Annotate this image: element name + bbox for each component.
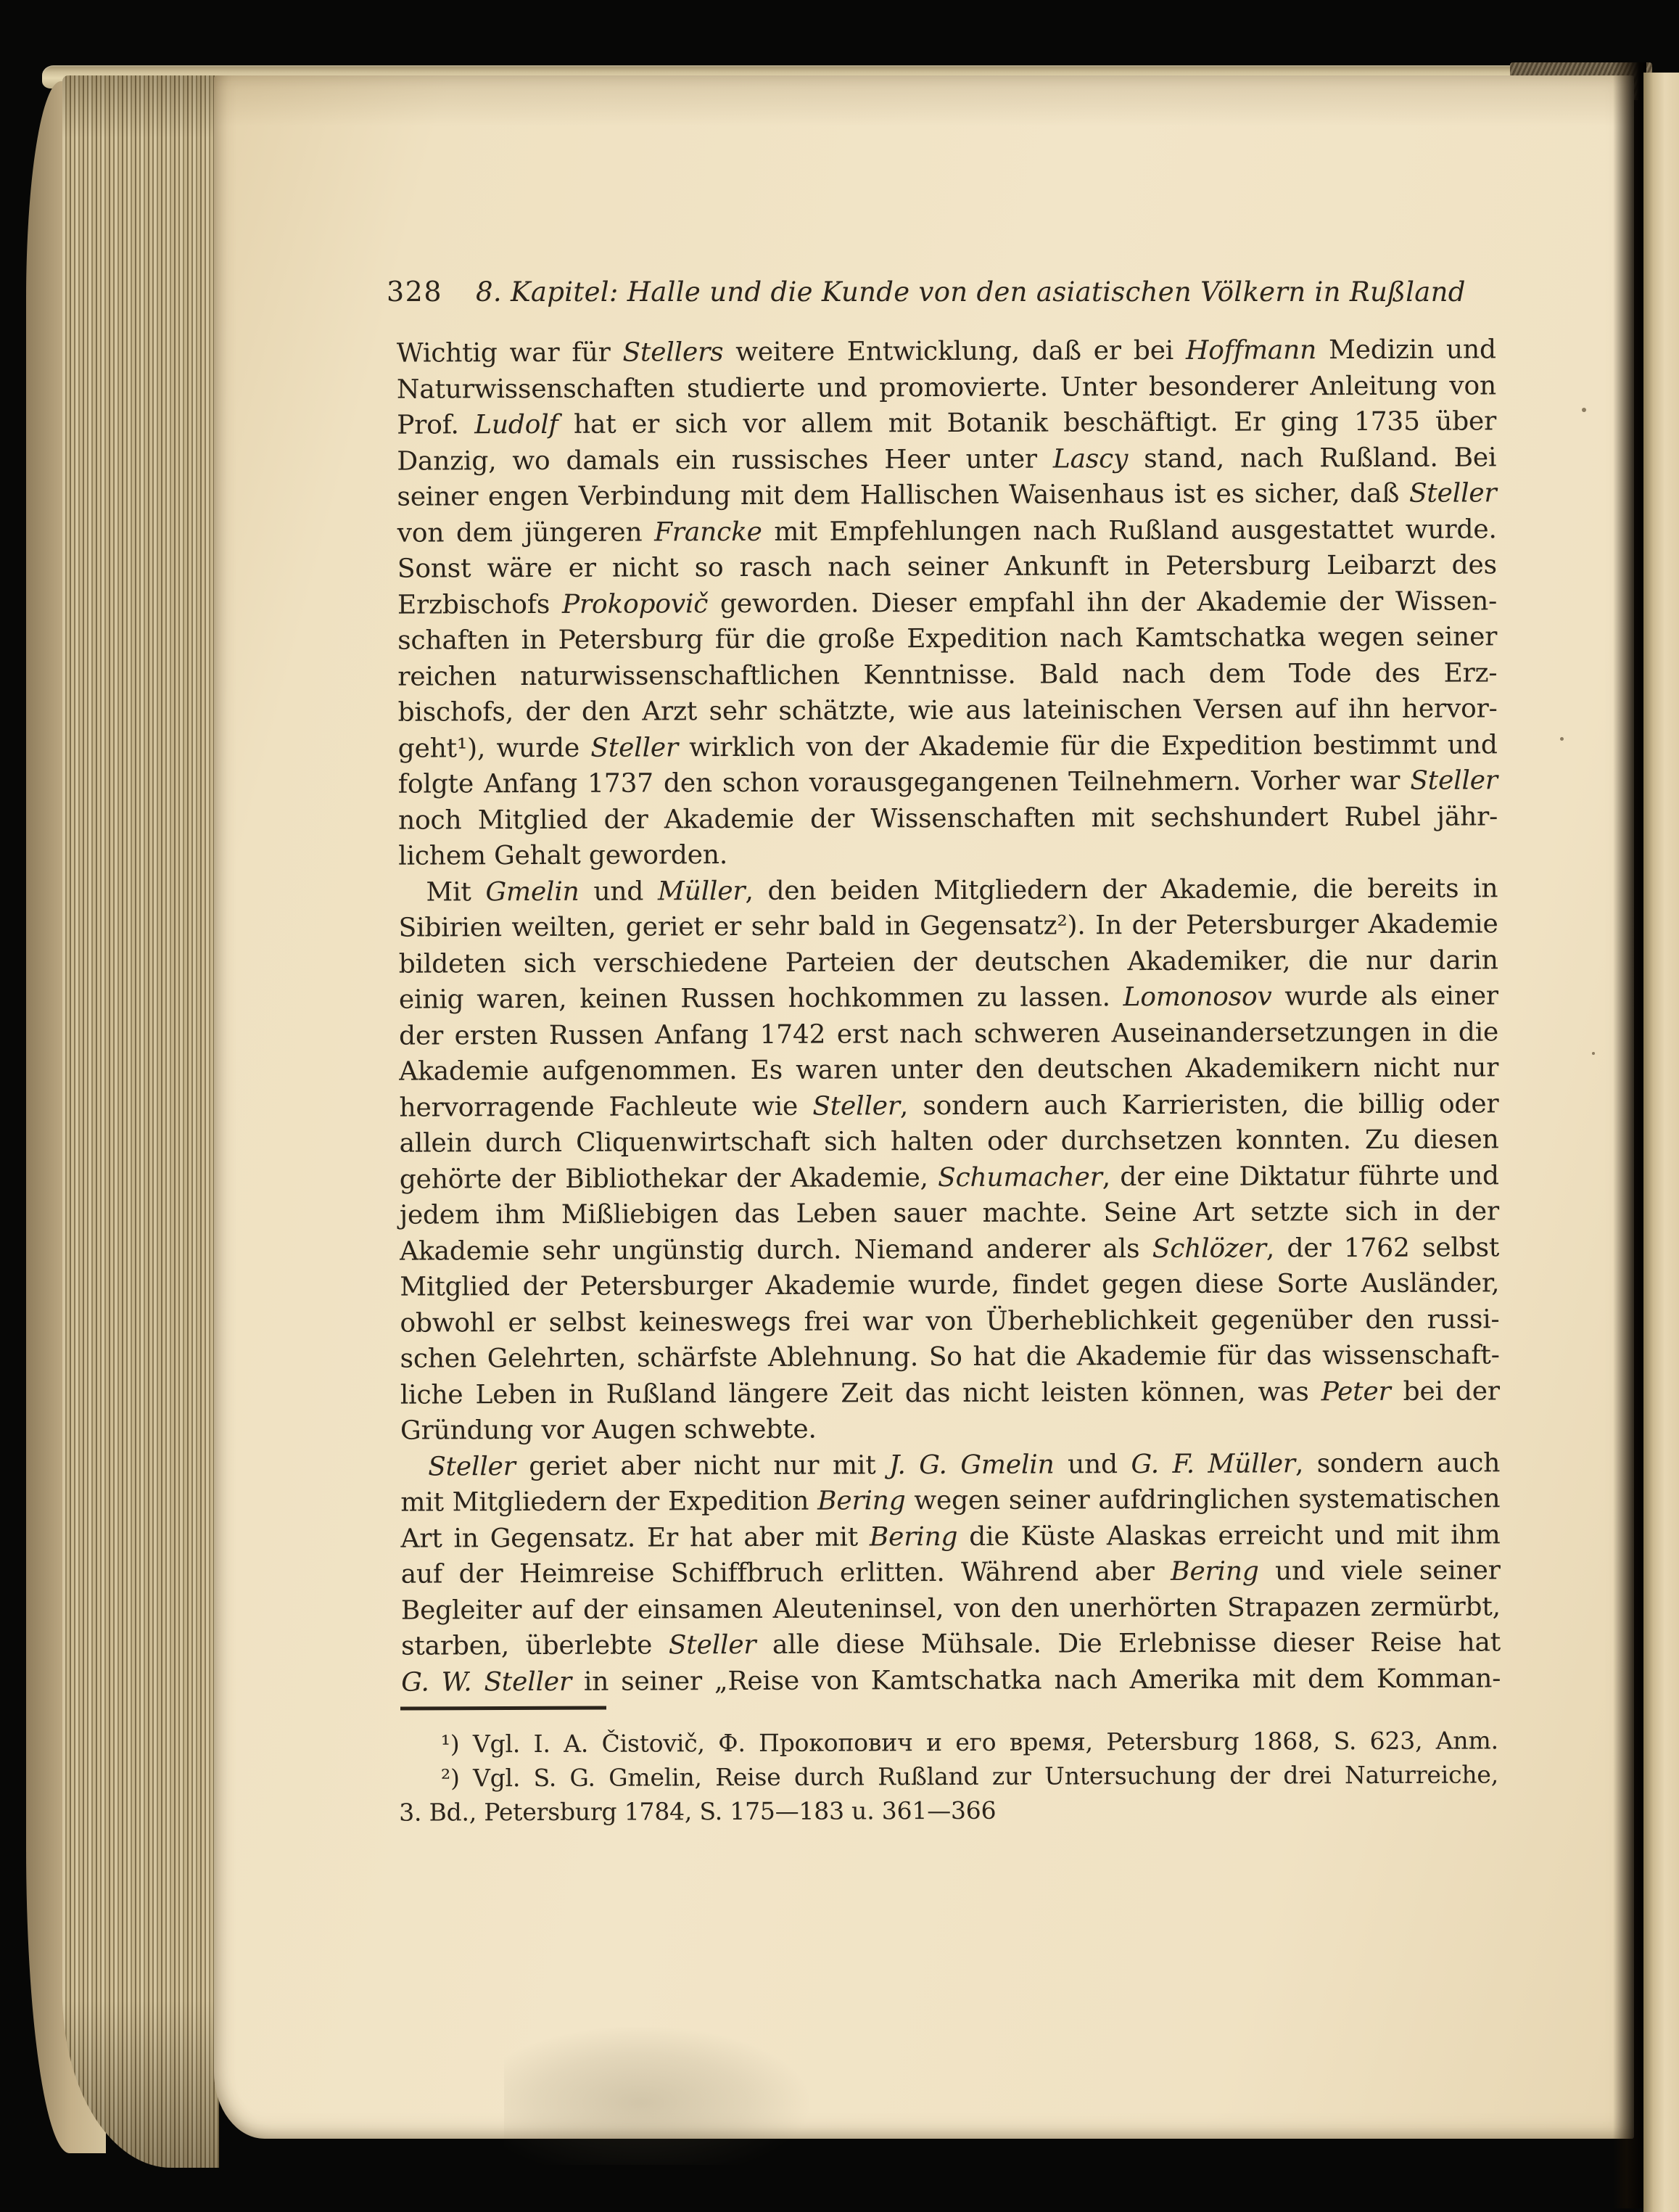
page-number: 328 [387, 276, 442, 308]
book-page: 3288. Kapitel: Halle und die Kunde von d… [214, 75, 1634, 2139]
body-line: von dem jüngeren Francke mit Empfehlunge… [397, 511, 1497, 551]
footnote-line: ²) Vgl. S. G. Gmelin, Reise durch Rußlan… [399, 1757, 1498, 1795]
text: wurde als einer [1271, 981, 1498, 1011]
italic-text: G. W. Steller [401, 1666, 572, 1697]
body-line: Gründung vor Augen schwebte. [400, 1409, 1500, 1449]
body-line: Art in Gegensatz. Er hat aber mit Bering… [400, 1517, 1500, 1557]
italic-text: Bering [870, 1521, 958, 1551]
body-line: Wichtig war für Stellers weitere Entwick… [397, 332, 1496, 371]
body-line: schaften in Petersburg für die große Exp… [397, 619, 1497, 659]
italic-text: Hoffmann [1186, 335, 1316, 366]
italic-text: Schumacher [938, 1162, 1102, 1193]
smudge-stain [504, 2027, 809, 2165]
body-line: geht¹), wurde Steller wirklich von der A… [398, 727, 1498, 767]
italic-text: Steller [669, 1630, 756, 1660]
body-line: schen Gelehrten, schärfste Ablehnung. So… [400, 1337, 1500, 1377]
text: bischofs, der den Arzt sehr schätzte, wi… [397, 694, 1497, 727]
paper-speck [1560, 737, 1564, 741]
text: geriet aber nicht nur mit [516, 1450, 889, 1481]
text: Begleiter auf der einsamen Aleuteninsel,… [401, 1592, 1501, 1625]
body-line: obwohl er selbst keineswegs frei war von… [400, 1302, 1499, 1341]
text: Art in Gegensatz. Er hat aber mit [400, 1522, 869, 1553]
body-line: hervorragende Fachleute wie Steller, son… [399, 1086, 1498, 1126]
body-line: seiner engen Verbindung mit dem Hallisch… [397, 475, 1496, 515]
text: geht¹), wurde [398, 733, 591, 763]
text: bei der [1391, 1376, 1500, 1407]
text: , sondern auch Karrieristen, die billig … [900, 1089, 1499, 1121]
page-header: 3288. Kapitel: Halle und die Kunde von d… [387, 276, 1562, 308]
body-line: Prof. Ludolf hat er sich vor allem mit B… [397, 403, 1496, 443]
italic-text: Ludolf [474, 410, 558, 440]
text: noch Mitglied der Akademie der Wissensch… [398, 802, 1498, 835]
text: geworden. Dieser empfahl ihn der Akademi… [708, 586, 1497, 619]
body-line: der ersten Russen Anfang 1742 erst nach … [399, 1014, 1498, 1054]
text: in seiner „Reise von Kamtschatka nach Am… [572, 1664, 1501, 1696]
body-line: Erzbischofs Prokopovič geworden. Dieser … [397, 583, 1497, 623]
text: hervorragende Fachleute wie [399, 1091, 812, 1122]
italic-text: Müller [658, 876, 746, 905]
text: die Küste Alaskas erreicht und mit ihm [957, 1520, 1500, 1552]
text: Wichtig war für [397, 338, 623, 369]
text: , sondern auch [1295, 1448, 1500, 1479]
text: Naturwissenschaften studierte und promov… [397, 371, 1496, 404]
body-text: Wichtig war für Stellers weitere Entwick… [397, 332, 1501, 1700]
body-line: Danzig, wo damals ein russisches Heer un… [397, 440, 1496, 480]
italic-text: Bering [1171, 1557, 1259, 1587]
italic-text: Schlözer [1152, 1233, 1266, 1264]
adjacent-page-edge [1643, 73, 1679, 2212]
text: , der 1762 selbst [1266, 1233, 1499, 1263]
text: der ersten Russen Anfang 1742 erst nach … [399, 1017, 1498, 1051]
body-line: bildeten sich verschiedene Parteien der … [399, 942, 1498, 982]
text: auf der Heimreise Schiffbruch erlitten. … [401, 1557, 1171, 1590]
text: liche Leben in Rußland längere Zeit das … [400, 1377, 1321, 1410]
text: gehörte der Bibliothekar der Akademie, [400, 1163, 938, 1195]
body-line: jedem ihm Mißliebigen das Leben sauer ma… [400, 1193, 1499, 1233]
text: und [579, 876, 659, 906]
body-line: starben, überlebte Steller alle diese Mü… [401, 1624, 1501, 1664]
footnotes: ¹) Vgl. I. A. Čistovič, Ф. Прокопович и … [399, 1723, 1498, 1829]
text: Gründung vor Augen schwebte. [400, 1415, 817, 1446]
text: Prof. [397, 410, 474, 440]
italic-text: J. G. Gmelin [889, 1450, 1055, 1480]
text: reichen naturwissenschaftlichen Kenntnis… [397, 658, 1497, 691]
text: weitere Entwicklung, daß er bei [723, 336, 1186, 367]
body-line: bischofs, der den Arzt sehr schätzte, wi… [397, 691, 1497, 731]
text: obwohl er selbst keineswegs frei war von… [400, 1304, 1499, 1338]
body-line: Mit Gmelin und Müller, den beiden Mitgli… [398, 871, 1498, 910]
text: und viele seiner [1259, 1555, 1501, 1586]
italic-text: Prokopovič [562, 589, 708, 620]
body-line: Steller geriet aber nicht nur mit J. G. … [400, 1445, 1500, 1485]
italic-text: Steller [1409, 478, 1497, 508]
body-line: G. W. Steller in seiner „Reise von Kamts… [401, 1661, 1501, 1701]
italic-text: Steller [428, 1452, 516, 1481]
italic-text: Lascy [1053, 444, 1129, 474]
text: jedem ihm Mißliebigen das Leben sauer ma… [400, 1196, 1499, 1230]
italic-text: G. F. Müller [1131, 1449, 1295, 1479]
text: Danzig, wo damals ein russisches Heer un… [397, 444, 1053, 476]
body-line: Akademie sehr ungünstig durch. Niemand a… [400, 1230, 1499, 1270]
text: Mitglied der Petersburger Akademie wurde… [400, 1268, 1499, 1302]
text: stand, nach Rußland. Bei [1128, 443, 1496, 474]
gutter-shadow [1613, 62, 1646, 2208]
text: lichem Gehalt geworden. [398, 840, 727, 871]
body-line: mit Mitgliedern der Expedition Bering we… [400, 1481, 1500, 1521]
body-line: Sonst wäre er nicht so rasch nach seiner… [397, 547, 1497, 587]
footnote-line: 3. Bd., Petersburg 1784, S. 175—183 u. 3… [399, 1791, 1498, 1829]
text: ¹) Vgl. I. A. Čistovič, Ф. Прокопович и … [441, 1726, 1498, 1758]
text: Sonst wäre er nicht so rasch nach seiner… [397, 550, 1497, 583]
text: mit Mitgliedern der Expedition [400, 1487, 817, 1518]
body-line: folgte Anfang 1737 den schon vorausgegan… [398, 762, 1498, 802]
italic-text: Steller [812, 1091, 900, 1121]
text: hat er sich vor allem mit Botanik beschä… [558, 406, 1497, 440]
footnote-line: ¹) Vgl. I. A. Čistovič, Ф. Прокопович и … [399, 1723, 1498, 1761]
text: Akademie sehr ungünstig durch. Niemand a… [400, 1234, 1152, 1267]
body-line: einig waren, keinen Russen hochkommen zu… [399, 978, 1498, 1018]
text: Erzbischofs [397, 589, 562, 620]
text: schaften in Petersburg für die große Exp… [397, 622, 1497, 655]
text: Akademie aufgenommen. Es waren unter den… [399, 1053, 1498, 1086]
photo-background: 3288. Kapitel: Halle und die Kunde von d… [0, 0, 1679, 2212]
text: starben, überlebte [401, 1630, 669, 1661]
text: Sibirien weilten, geriet er sehr bald in… [399, 909, 1498, 942]
text: wirklich von der Akademie für die Expedi… [678, 730, 1498, 762]
paper-speck [1582, 408, 1586, 412]
body-line: Naturwissenschaften studierte und promov… [397, 368, 1496, 408]
footnote-rule [400, 1706, 606, 1711]
italic-text: Francke [654, 517, 762, 547]
text: ²) Vgl. S. G. Gmelin, Reise durch Rußlan… [441, 1760, 1498, 1792]
body-line: gehörte der Bibliothekar der Akademie, S… [400, 1158, 1499, 1198]
text: , der eine Diktatur führte und [1102, 1161, 1499, 1192]
body-line: auf der Heimreise Schiffbruch erlitten. … [401, 1553, 1501, 1592]
italic-text: Stellers [622, 337, 723, 367]
body-line: allein durch Cliquenwirtschaft sich halt… [400, 1122, 1499, 1161]
body-line: Begleiter auf der einsamen Aleuteninsel,… [401, 1589, 1501, 1629]
italic-text: Bering [817, 1486, 906, 1516]
text: von dem jüngeren [397, 517, 655, 548]
text: wegen seiner aufdringlichen systematisch… [905, 1484, 1500, 1516]
paper-speck [1592, 1052, 1595, 1055]
text: mit Empfehlungen nach Rußland ausgestatt… [762, 514, 1497, 547]
body-line: lichem Gehalt geworden. [398, 834, 1498, 874]
text: alle diese Mühsale. Die Erlebnisse diese… [756, 1627, 1501, 1660]
italic-text: Gmelin [485, 876, 579, 906]
text: 3. Bd., Petersburg 1784, S. 175—183 u. 3… [399, 1796, 996, 1827]
body-line: Mitglied der Petersburger Akademie wurde… [400, 1265, 1499, 1305]
text: schen Gelehrten, schärfste Ablehnung. So… [400, 1340, 1500, 1373]
text: folgte Anfang 1737 den schon vorausgegan… [398, 766, 1411, 799]
text: und [1054, 1450, 1131, 1479]
text: , den beiden Mitgliedern der Akademie, d… [745, 873, 1498, 906]
body-line: noch Mitglied der Akademie der Wissensch… [398, 799, 1498, 839]
italic-text: Lomonosov [1123, 982, 1272, 1012]
text: einig waren, keinen Russen hochkommen zu… [399, 982, 1123, 1014]
italic-text: Peter [1321, 1376, 1391, 1406]
text: bildeten sich verschiedene Parteien der … [399, 945, 1498, 979]
italic-text: Steller [1410, 765, 1498, 795]
body-line: Sibirien weilten, geriet er sehr bald in… [398, 906, 1498, 946]
text: seiner engen Verbindung mit dem Hallisch… [397, 479, 1409, 512]
fore-edge-pages [62, 75, 219, 2168]
text: Mit [426, 877, 485, 907]
italic-text: Steller [590, 733, 678, 762]
chapter-title: 8. Kapitel: Halle und die Kunde von den … [476, 276, 1466, 308]
body-line: reichen naturwissenschaftlichen Kenntnis… [397, 655, 1497, 695]
text: Medizin und [1316, 334, 1496, 365]
body-line: Akademie aufgenommen. Es waren unter den… [399, 1050, 1498, 1090]
body-line: liche Leben in Rußland längere Zeit das … [400, 1373, 1500, 1413]
text: allein durch Cliquenwirtschaft sich halt… [400, 1124, 1499, 1158]
